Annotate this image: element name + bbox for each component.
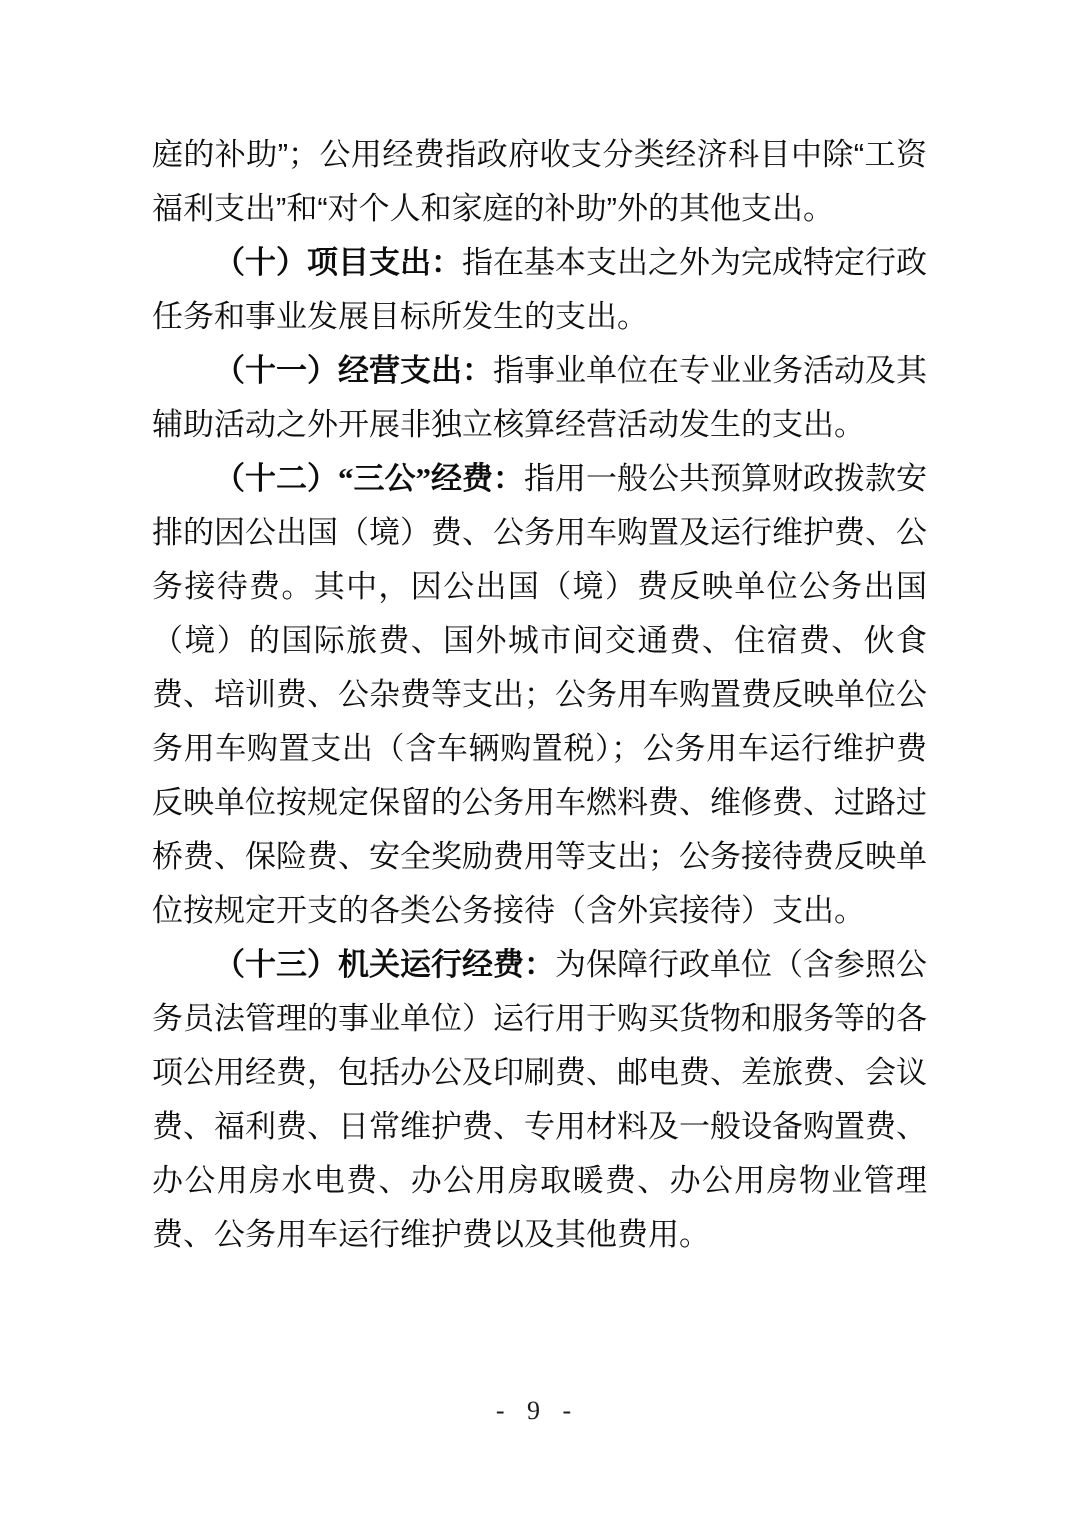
paragraph-operating-expenditure: （十一）经营支出：指事业单位在专业业务活动及其辅助活动之外开展非独立核算经营活动… bbox=[152, 344, 927, 452]
paragraph-public-funds-continued: 庭的补助”；公用经费指政府收支分类经济科目中除“工资福利支出”和“对个人和家庭的… bbox=[152, 128, 927, 236]
paragraph-project-expenditure: （十）项目支出：指在基本支出之外为完成特定行政任务和事业发展目标所发生的支出。 bbox=[152, 236, 927, 344]
paragraph-three-public-funds: （十二）“三公”经费：指用一般公共预算财政拨款安排的因公出国（境）费、公务用车购… bbox=[152, 452, 927, 938]
document-page: 庭的补助”；公用经费指政府收支分类经济科目中除“工资福利支出”和“对个人和家庭的… bbox=[0, 0, 1075, 1520]
paragraph-heading: （十二）“三公”经费： bbox=[214, 461, 524, 496]
page-number: - 9 - bbox=[0, 1396, 1075, 1426]
paragraph-agency-operating-funds: （十三）机关运行经费：为保障行政单位（含参照公务员法管理的事业单位）运行用于购买… bbox=[152, 938, 927, 1262]
paragraph-text: 指用一般公共预算财政拨款安排的因公出国（境）费、公务用车购置及运行维护费、公务接… bbox=[152, 461, 927, 928]
paragraph-text: 庭的补助”；公用经费指政府收支分类经济科目中除“工资福利支出”和“对个人和家庭的… bbox=[152, 137, 927, 226]
paragraph-heading: （十三）机关运行经费： bbox=[214, 947, 555, 982]
paragraph-heading: （十）项目支出： bbox=[214, 245, 462, 280]
paragraph-text: 为保障行政单位（含参照公务员法管理的事业单位）运行用于购买货物和服务等的各项公用… bbox=[152, 947, 927, 1252]
paragraph-heading: （十一）经营支出： bbox=[214, 353, 493, 388]
document-body: 庭的补助”；公用经费指政府收支分类经济科目中除“工资福利支出”和“对个人和家庭的… bbox=[152, 128, 927, 1262]
